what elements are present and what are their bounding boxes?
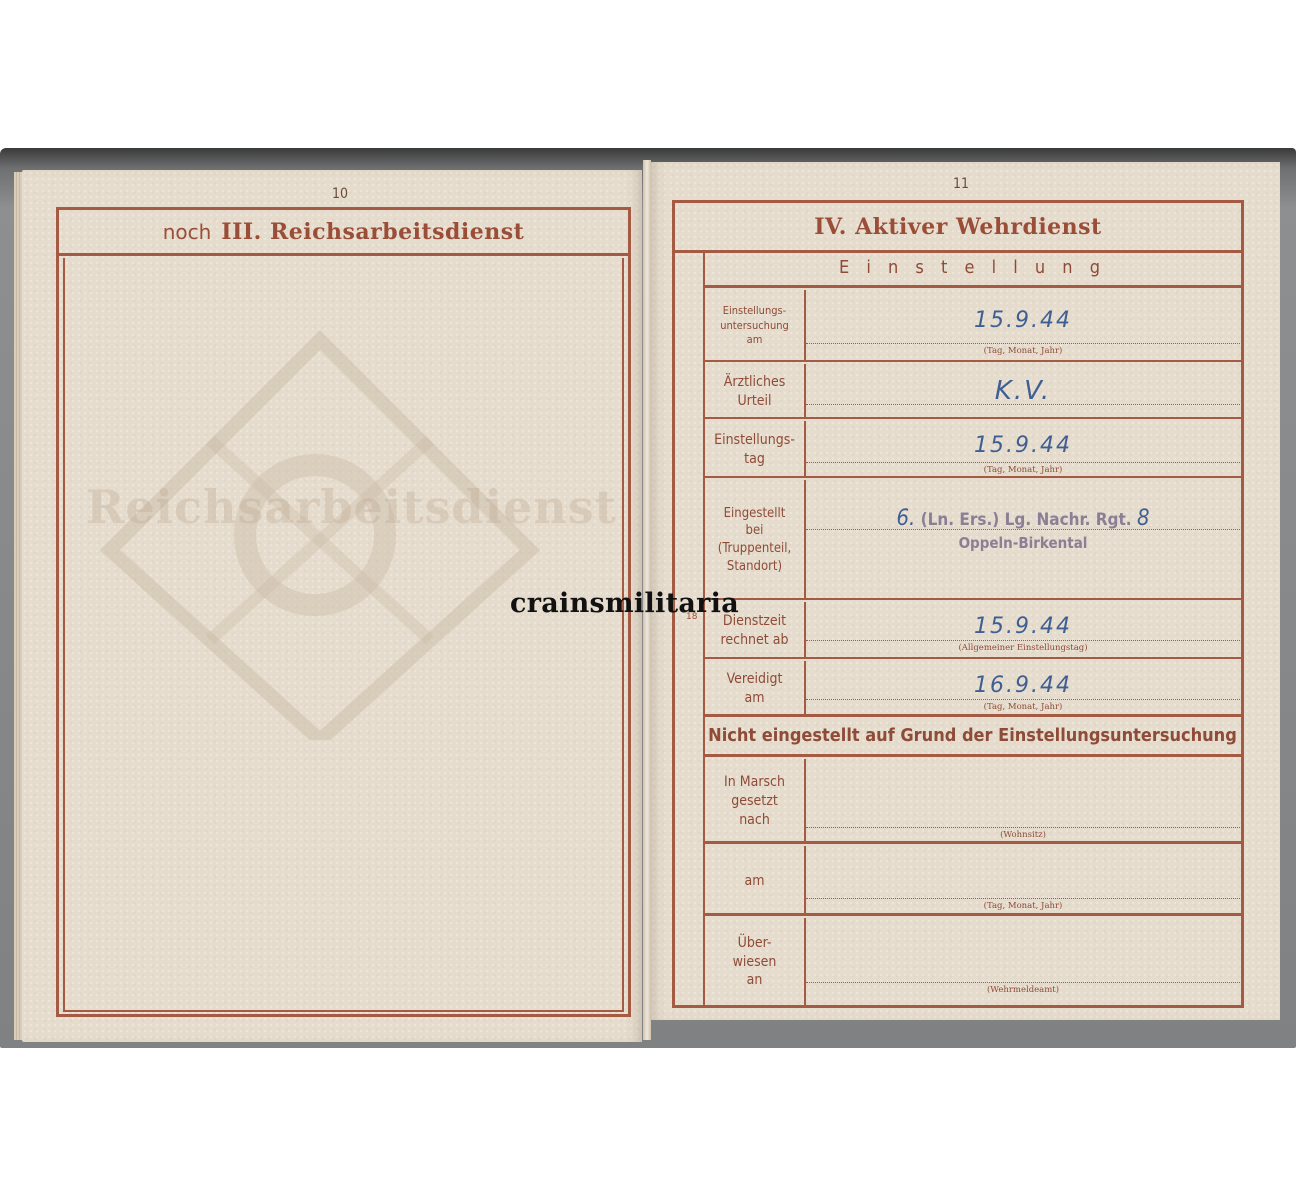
- dotted-line: [806, 462, 1240, 463]
- watermark-text: Reichsarbeitsdienst: [86, 480, 566, 534]
- section-prefix: noch: [163, 220, 212, 244]
- unit-stamp-line1: 6. (Ln. Ers.) Lg. Nachr. Rgt. 8: [806, 506, 1240, 531]
- label-marched-to: In Marsch gesetzt nach: [705, 759, 806, 844]
- field-caption: (Wehrmeldeamt): [806, 985, 1240, 995]
- label-date: am: [705, 846, 806, 916]
- seller-watermark: crainsmilitaria: [510, 588, 739, 619]
- field-caption: (Allgemeiner Einstellungstag): [806, 643, 1240, 653]
- field-caption: (Tag, Monat, Jahr): [806, 702, 1240, 712]
- dotted-line: [806, 343, 1240, 344]
- not-enlisted-header: Nicht eingestellt auf Grund der Einstell…: [704, 717, 1241, 757]
- label-transferred-to: Über- wiesen an: [705, 918, 806, 1006]
- field-date[interactable]: (Tag, Monat, Jahr): [806, 846, 1240, 916]
- dotted-line: [806, 982, 1240, 983]
- handwritten-value: 15.9.44: [806, 433, 1240, 458]
- label-examination: Einstellungs- untersuchung am: [705, 290, 806, 362]
- field-residence[interactable]: (Wohnsitz): [806, 759, 1240, 844]
- einstellung-subheader: E i n s t e l l u n g: [704, 250, 1241, 288]
- dotted-line: [806, 529, 1240, 530]
- field-caption: (Tag, Monat, Jahr): [806, 346, 1240, 356]
- left-section-title: noch III. Reichsarbeitsdienst: [59, 210, 628, 256]
- page-number-left: 10: [320, 186, 360, 202]
- field-service-start-date[interactable]: 15.9.44 (Allgemeiner Einstellungstag): [806, 602, 1240, 659]
- dotted-line: [806, 898, 1240, 899]
- dotted-line: [806, 640, 1240, 641]
- label-medical: Ärztliches Urteil: [705, 364, 806, 419]
- handwritten-value: K.V.: [806, 376, 1240, 406]
- field-medical-verdict[interactable]: K.V.: [806, 364, 1240, 419]
- handwritten-value: 15.9.44: [806, 614, 1240, 639]
- unit-stamp-line2: Oppeln-Birkental: [806, 534, 1240, 552]
- label-enlistment-day: Einstellungs- tag: [705, 421, 806, 478]
- handwritten-value: 16.9.44: [806, 673, 1240, 698]
- label-unit: Eingestellt bei (Truppenteil, Standort): [705, 480, 806, 600]
- dotted-line: [806, 827, 1240, 828]
- dotted-line: [806, 699, 1240, 700]
- field-sworn-in-date[interactable]: 16.9.44 (Tag, Monat, Jahr): [806, 661, 1240, 717]
- section-title: IV. Aktiver Wehrdienst: [814, 214, 1101, 240]
- section-title: III. Reichsarbeitsdienst: [221, 219, 524, 245]
- field-caption: (Tag, Monat, Jahr): [806, 465, 1240, 475]
- field-enlistment-date[interactable]: 15.9.44 (Tag, Monat, Jahr): [806, 421, 1240, 478]
- field-recruiting-office[interactable]: (Wehrmeldeamt): [806, 918, 1240, 1006]
- field-caption: (Wohnsitz): [806, 830, 1240, 840]
- field-unit-location[interactable]: 6. (Ln. Ers.) Lg. Nachr. Rgt. 8 Oppeln-B…: [806, 480, 1240, 600]
- dotted-line: [806, 404, 1240, 405]
- right-section-title: IV. Aktiver Wehrdienst: [675, 203, 1241, 253]
- label-sworn-in: Vereidigt am: [705, 661, 806, 717]
- field-caption: (Tag, Monat, Jahr): [806, 901, 1240, 911]
- field-examination-date[interactable]: 15.9.44 (Tag, Monat, Jahr): [806, 290, 1240, 362]
- page-number-right: 11: [941, 176, 981, 192]
- handwritten-value: 15.9.44: [806, 308, 1240, 333]
